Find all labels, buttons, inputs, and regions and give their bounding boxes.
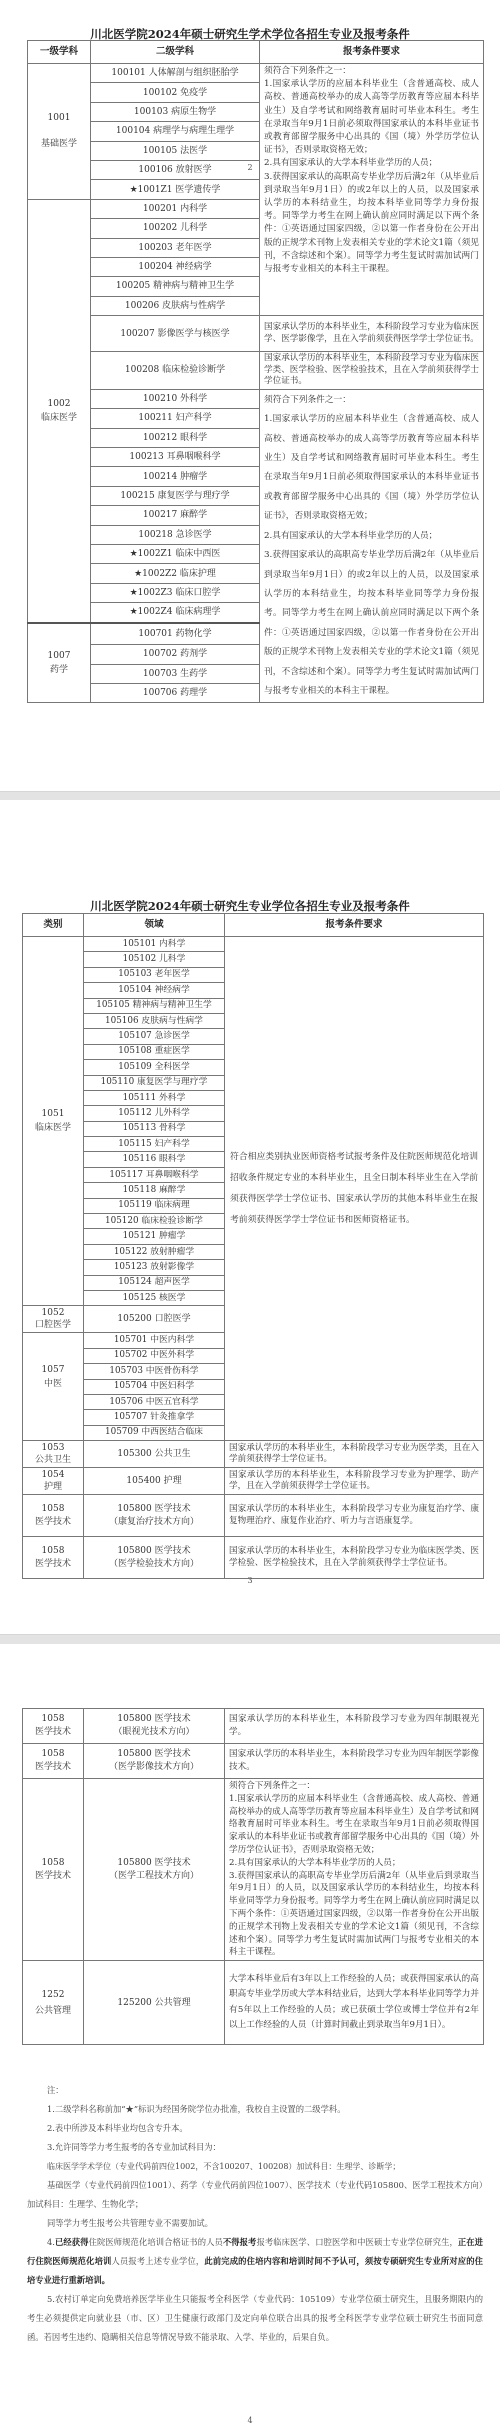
- professional-degree-table-continued: 1058 医学技术 105800 医学技术 （眼视光技术方向） 国家承认学历的本…: [22, 1708, 484, 2045]
- field-cell: 105800 医学技术 （医学工程技术方向）: [84, 1779, 225, 1961]
- subject-cell: 100204 神经病学: [91, 257, 260, 276]
- discipline-cell: 1001 基础医学: [28, 64, 91, 200]
- note-item: 基础医学（专业代码前四位1001）、药学（专业代码前四位1007）、医学技术（专…: [27, 2176, 483, 2214]
- subject-cell: 100706 药理学: [91, 683, 260, 702]
- column-header: 一级学科: [28, 41, 91, 64]
- field-cell: 105118 麻醉学: [84, 1183, 225, 1198]
- field-cell: 105800 医学技术 （康复治疗技术方向）: [84, 1495, 225, 1537]
- category-cell: 1252 公共管理: [23, 1961, 84, 2045]
- table-row: 1001 基础医学 100101 人体解剖与组织胚胎学 须符合下列条件之一： 1…: [28, 64, 484, 83]
- field-cell: 105800 医学技术 （眼视光技术方向）: [84, 1709, 225, 1744]
- requirement-cell: 国家承认学历的本科毕业生，本科阶段学习专业为四年制眼视光学。: [225, 1709, 484, 1744]
- subject-cell: 100214 肿瘤学: [91, 467, 260, 486]
- page-title: 川北医学院2024年硕士研究生专业学位各招生专业及报考条件: [0, 898, 500, 914]
- table-row: 100208 临床检验诊断学 国家承认学历的本科毕业生，本科阶段学习专业为临床医…: [28, 352, 484, 390]
- field-cell: 105124 超声医学: [84, 1275, 225, 1290]
- field-cell: 105109 全科医学: [84, 1060, 225, 1075]
- table-row: 1051 临床医学 105101 内科学 符合相应类别执业医师资格考试报考条件及…: [23, 937, 484, 952]
- category-cell: 1058 医学技术: [23, 1709, 84, 1744]
- field-cell: 105123 放射影像学: [84, 1260, 225, 1275]
- field-cell: 105119 临床病理: [84, 1198, 225, 1213]
- requirement-cell: 须符合下列条件之一： 1.国家承认学历的应届本科毕业生（含普通高校、成人高校、普…: [260, 64, 484, 316]
- subject-cell: 100105 法医学: [91, 141, 260, 160]
- category-cell: 1058 医学技术: [23, 1537, 84, 1579]
- field-cell: 105704 中医妇科学: [84, 1379, 225, 1394]
- academic-degree-table: 一级学科 二级学科 报考条件要求 1001 基础医学 100101 人体解剖与组…: [27, 40, 484, 703]
- subject-cell: 100202 儿科学: [91, 219, 260, 238]
- field-cell: 105103 老年医学: [84, 967, 225, 982]
- field-cell: 105117 耳鼻咽喉科学: [84, 1167, 225, 1182]
- page-number: 2: [0, 163, 500, 172]
- table-row: 1058 医学技术 105800 医学技术 （医学工程技术方向） 须符合下列条件…: [23, 1779, 484, 1961]
- note-item: 同等学力考生报考公共管理专业不需要加试。: [27, 2214, 483, 2233]
- subject-cell: 100215 康复医学与理疗学: [91, 486, 260, 505]
- table-row: 1053 公共卫生 105300 公共卫生 国家承认学历的本科毕业生，本科阶段学…: [23, 1441, 484, 1468]
- professional-degree-table: 类别 领域 报考条件要求 1051 临床医学 105101 内科学 符合相应类别…: [22, 913, 484, 1579]
- category-cell: 1058 医学技术: [23, 1744, 84, 1779]
- discipline-cell: 1002 临床医学: [28, 199, 91, 622]
- subject-cell: 100201 内科学: [91, 199, 260, 218]
- field-cell: 105104 神经病学: [84, 983, 225, 998]
- document-page-4: 1058 医学技术 105800 医学技术 （眼视光技术方向） 国家承认学历的本…: [0, 1644, 500, 2427]
- table-row: 1054 护理 105400 护理 国家承认学历的本科毕业生，本科阶段学习专业为…: [23, 1468, 484, 1495]
- requirement-cell: 国家承认学历的本科毕业生，本科阶段学习专业为护理学、助产学，且在入学前须获得学士…: [225, 1468, 484, 1495]
- requirement-cell: 符合相应类别执业医师资格考试报考条件及住院医师规范化培训招收条件规定专业的本科毕…: [225, 937, 484, 1441]
- note-item: 5.农村订单定向免费培养医学毕业生只能报考全科医学（专业代码：105109）专业…: [27, 2290, 483, 2347]
- field-cell: 105707 针灸推拿学: [84, 1410, 225, 1425]
- note-item: 3.允许同等学力考生报考的各专业加试科目为：: [27, 2138, 483, 2157]
- subject-cell: 100208 临床检验诊断学: [91, 352, 260, 390]
- table-row: 1058 医学技术 105800 医学技术 （医学检验技术方向） 国家承认学历的…: [23, 1537, 484, 1579]
- field-cell: 105706 中医五官科学: [84, 1394, 225, 1409]
- requirement-cell: 国家承认学历的本科毕业生，本科阶段学习专业为临床医学类、医学检验、医学检验技术，…: [225, 1537, 484, 1579]
- subject-cell: 100703 生药学: [91, 664, 260, 683]
- field-cell: 105702 中医外科学: [84, 1348, 225, 1363]
- column-header: 报考条件要求: [225, 914, 484, 937]
- field-cell: 105113 骨科学: [84, 1121, 225, 1136]
- field-cell: 105701 中医内科学: [84, 1333, 225, 1348]
- requirement-cell: 国家承认学历的本科毕业生，本科阶段学习专业为康复治疗学、康复物理治疗、康复作业治…: [225, 1495, 484, 1537]
- field-cell: 105106 皮肤病与性病学: [84, 1013, 225, 1028]
- subject-cell: 100103 病原生物学: [91, 102, 260, 121]
- subject-cell: 100205 精神病与精神卫生学: [91, 277, 260, 296]
- subject-cell: ★1002Z3 临床口腔学: [91, 583, 260, 602]
- subject-cell: 100207 影像医学与核医学: [91, 316, 260, 352]
- category-cell: 1052 口腔医学: [23, 1306, 84, 1333]
- field-cell: 105703 中医骨伤科学: [84, 1364, 225, 1379]
- field-cell: 105122 放射肿瘤学: [84, 1244, 225, 1259]
- page-number: 4: [0, 2416, 500, 2425]
- requirement-cell: 国家承认学历的本科毕业生，本科阶段学习专业为临床医学类、医学检验、医学检验技术，…: [260, 352, 484, 390]
- field-cell: 105110 康复医学与理疗学: [84, 1075, 225, 1090]
- field-cell: 105121 肿瘤学: [84, 1229, 225, 1244]
- column-header: 类别: [23, 914, 84, 937]
- subject-cell: ★1002Z2 临床护理: [91, 564, 260, 583]
- discipline-cell: 1007 药学: [28, 623, 91, 703]
- subject-cell: 100211 妇产科学: [91, 409, 260, 428]
- table-row: 100210 外科学 须符合下列条件之一： 1.国家承认学历的应届本科毕业生（含…: [28, 389, 484, 408]
- category-cell: 1057 中医: [23, 1333, 84, 1441]
- field-cell: 105108 重症医学: [84, 1044, 225, 1059]
- table-row: 1058 医学技术 105800 医学技术 （眼视光技术方向） 国家承认学历的本…: [23, 1709, 484, 1744]
- field-cell: 105101 内科学: [84, 937, 225, 952]
- field-cell: 105105 精神病与精神卫生学: [84, 998, 225, 1013]
- subject-cell: ★1002Z4 临床病理学: [91, 603, 260, 623]
- field-cell: 105800 医学技术 （医学影像技术方向）: [84, 1744, 225, 1779]
- page-number: 3: [0, 1576, 500, 1585]
- table-row: 1058 医学技术 105800 医学技术 （康复治疗技术方向） 国家承认学历的…: [23, 1495, 484, 1537]
- subject-cell: 100210 外科学: [91, 389, 260, 408]
- requirement-cell: 须符合下列条件之一： 1.国家承认学历的应届本科毕业生（含普通高校、成人高校、普…: [225, 1779, 484, 1961]
- field-cell: 105111 外科学: [84, 1090, 225, 1105]
- subject-cell: 100702 药剂学: [91, 645, 260, 664]
- field-cell: 105107 急诊医学: [84, 1029, 225, 1044]
- field-cell: 105115 妇产科学: [84, 1137, 225, 1152]
- requirement-cell: 大学本科毕业后有3年以上工作经验的人员；或获得国家承认的高职高专毕业学历或大学本…: [225, 1961, 484, 2045]
- document-page-3: 川北医学院2024年硕士研究生专业学位各招生专业及报考条件 类别 领域 报考条件…: [0, 800, 500, 1633]
- column-header: 报考条件要求: [260, 41, 484, 64]
- subject-cell: 100101 人体解剖与组织胚胎学: [91, 64, 260, 83]
- category-cell: 1051 临床医学: [23, 937, 84, 1306]
- notes-label: 注：: [27, 2081, 483, 2100]
- note-item: 1.二级学科名称前加“★”标识为经国务院学位办批准，我校自主设置的二级学科。: [27, 2100, 483, 2119]
- field-cell: 105125 核医学: [84, 1290, 225, 1305]
- table-row: 1252 公共管理 125200 公共管理 大学本科毕业后有3年以上工作经验的人…: [23, 1961, 484, 2045]
- subject-cell: 100206 皮肤病与性病学: [91, 296, 260, 315]
- subject-cell: 100217 麻醉学: [91, 506, 260, 525]
- field-cell: 105200 口腔医学: [84, 1306, 225, 1333]
- field-cell: 105300 公共卫生: [84, 1441, 225, 1468]
- subject-cell: ★1001Z1 医学遗传学: [91, 180, 260, 199]
- category-cell: 1058 医学技术: [23, 1779, 84, 1961]
- field-cell: 105102 儿科学: [84, 952, 225, 967]
- field-cell: 105116 眼科学: [84, 1152, 225, 1167]
- subject-cell: 100203 老年医学: [91, 238, 260, 257]
- category-cell: 1053 公共卫生: [23, 1441, 84, 1468]
- category-cell: 1054 护理: [23, 1468, 84, 1495]
- column-header: 二级学科: [91, 41, 260, 64]
- requirement-cell: 国家承认学历的本科毕业生，本科阶段学习专业为医学类，且在入学前须获得学士学位证书…: [225, 1441, 484, 1468]
- field-cell: 105400 护理: [84, 1468, 225, 1495]
- subject-cell: 100701 药物化学: [91, 623, 260, 645]
- field-cell: 105800 医学技术 （医学检验技术方向）: [84, 1537, 225, 1579]
- column-header: 领域: [84, 914, 225, 937]
- requirement-cell: 国家承认学历的本科毕业生，本科阶段学习专业为临床医学、医学影像学，且在入学前须获…: [260, 316, 484, 352]
- subject-cell: 100212 眼科学: [91, 428, 260, 447]
- field-cell: 105709 中西医结合临床: [84, 1425, 225, 1440]
- subject-cell: ★1002Z1 临床中西医: [91, 544, 260, 563]
- subject-cell: 100213 耳鼻咽喉科学: [91, 448, 260, 467]
- note-item: 4.已经获得住院医师规范化培训合格证书的人员不得报考报考临床医学、口腔医学和中医…: [27, 2233, 483, 2290]
- field-cell: 125200 公共管理: [84, 1961, 225, 2045]
- table-row: 100207 影像医学与核医学 国家承认学历的本科毕业生，本科阶段学习专业为临床…: [28, 316, 484, 352]
- field-cell: 105120 临床检验诊断学: [84, 1214, 225, 1229]
- note-item: 2.表中所涉及本科毕业均包含专升本。: [27, 2119, 483, 2138]
- notes-section: 注： 1.二级学科名称前加“★”标识为经国务院学位办批准，我校自主设置的二级学科…: [27, 2081, 483, 2347]
- requirement-cell: 须符合下列条件之一： 1.国家承认学历的应届本科毕业生（含普通高校、成人高校、普…: [260, 389, 484, 703]
- subject-cell: 100102 免疫学: [91, 83, 260, 102]
- note-item: 临床医学学术学位（专业代码前四位1002，不含100207、100208）加试科…: [27, 2157, 483, 2176]
- document-page-2: 川北医学院2024年硕士研究生学术学位各招生专业及报考条件 一级学科 二级学科 …: [0, 0, 500, 790]
- subject-cell: 100104 病理学与病理生理学: [91, 122, 260, 141]
- field-cell: 105112 儿外科学: [84, 1106, 225, 1121]
- table-row: 1058 医学技术 105800 医学技术 （医学影像技术方向） 国家承认学历的…: [23, 1744, 484, 1779]
- subject-cell: 100218 急诊医学: [91, 525, 260, 544]
- requirement-cell: 国家承认学历的本科毕业生，本科阶段学习专业为四年制医学影像技术。: [225, 1744, 484, 1779]
- category-cell: 1058 医学技术: [23, 1495, 84, 1537]
